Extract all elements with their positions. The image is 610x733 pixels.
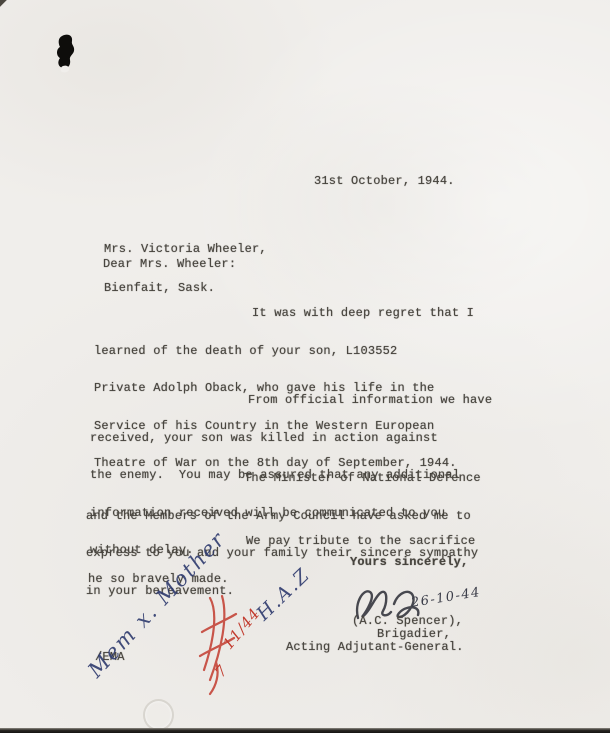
- recipient-name: Mrs. Victoria Wheeler,: [104, 243, 267, 256]
- paragraph-line: We pay tribute to the sacrifice: [88, 535, 475, 548]
- paragraph-line: From official information we have: [90, 394, 492, 407]
- signature-rank: Brigadier,: [377, 628, 451, 641]
- paragraph-line: received, your son was killed in action …: [90, 432, 492, 445]
- scan-bottom-edge: [0, 728, 610, 733]
- red-pen-scribble: [196, 592, 244, 696]
- scanned-letter-page: 31st October, 1944. Mrs. Victoria Wheele…: [0, 0, 610, 733]
- embossed-seal: [143, 699, 174, 731]
- paragraph-line: The Minister of National Defence: [86, 472, 481, 485]
- signature-title: Acting Adjutant-General.: [286, 641, 464, 654]
- letter-date: 31st October, 1944.: [314, 175, 455, 188]
- scan-corner-mark: [0, 0, 7, 9]
- paragraph-line: It was with deep regret that I: [94, 307, 474, 320]
- closing-line: Yours sincerely,: [350, 556, 468, 569]
- signature-name: (A.C. Spencer),: [352, 615, 463, 628]
- salutation: Dear Mrs. Wheeler:: [103, 258, 236, 271]
- paragraph-line: learned of the death of your son, L10355…: [94, 345, 474, 358]
- ink-blob: [52, 33, 82, 77]
